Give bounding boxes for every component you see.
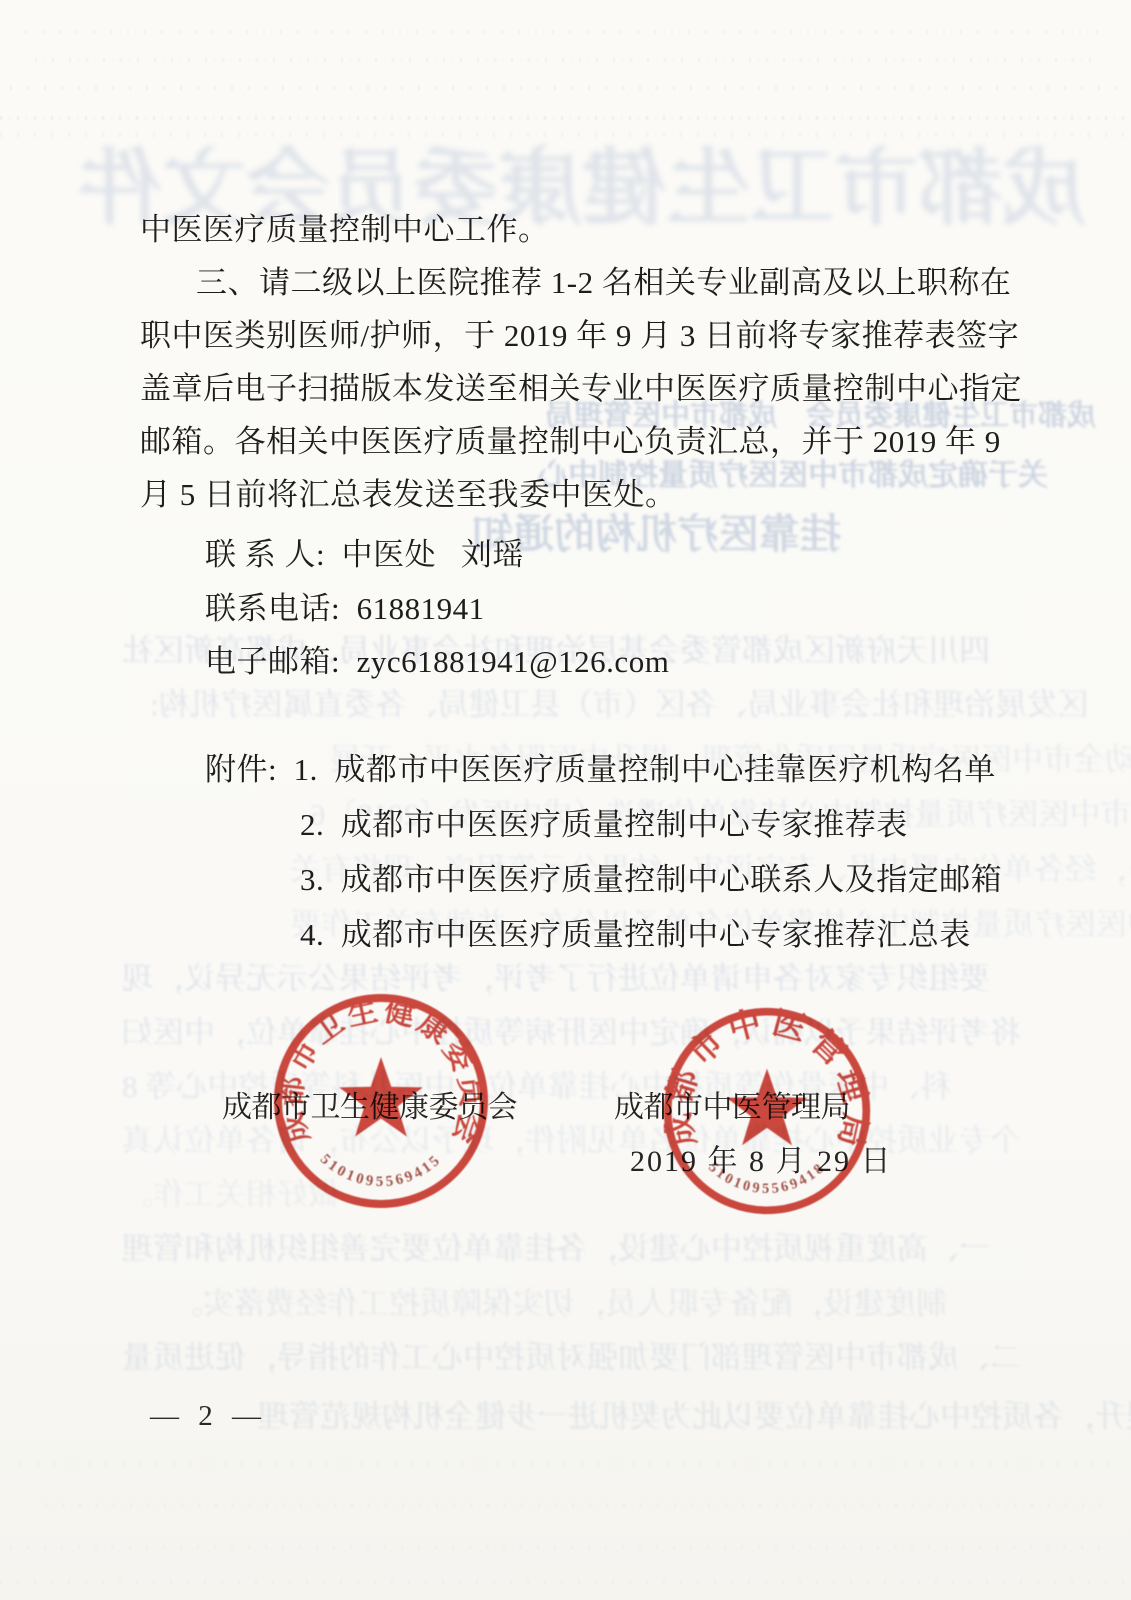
- official-seal-tcm-administration: 成都市中医管理局 5101095569418: [659, 1003, 875, 1219]
- attachment-line-1: 附件: 1. 成都市中医医疗质量控制中心挂靠医疗机构名单: [205, 751, 996, 788]
- svg-text:5101095569418: 5101095569418: [705, 1159, 829, 1197]
- para-continuation-line: 中医医疗质量控制中心工作。: [140, 211, 550, 248]
- contact-person-line: 联 系 人: 中医处 刘瑶: [205, 536, 524, 573]
- para3-line4: 邮箱。各相关中医医疗质量控制中心负责汇总，并于 2019 年 9: [140, 423, 1001, 460]
- contact-phone-line: 联系电话: 61881941: [205, 590, 485, 627]
- para3-line2: 职中医类别医师/护师，于 2019 年 9 月 3 日前将专家推荐表签字: [140, 317, 1019, 354]
- document-content: 成都市卫生健康委员会 成都市中医管理局 2019 年 8 月 29 日 — 2 …: [0, 0, 1131, 1600]
- star-icon: [727, 1069, 808, 1146]
- seal-right-serial: 5101095569418: [705, 1159, 829, 1197]
- para3-line3: 盖章后电子扫描版本发送至相关专业中医医疗质量控制中心指定: [140, 370, 1022, 407]
- official-seal-health-commission: 成都市卫生健康委员会 5101095569415: [269, 989, 493, 1213]
- para3-line1: 三、请二级以上医院推荐 1-2 名相关专业副高及以上职称在: [196, 264, 1011, 301]
- star-icon: [339, 1057, 423, 1137]
- svg-text:5101095569415: 5101095569415: [317, 1151, 445, 1190]
- seal-left-serial: 5101095569415: [317, 1151, 445, 1190]
- seal-right-graphic: 成都市中医管理局 5101095569418: [659, 1003, 875, 1219]
- contact-email-line: 电子邮箱: zyc61881941@126.com: [205, 643, 669, 680]
- attachment-line-3: 3. 成都市中医医疗质量控制中心联系人及指定邮箱: [300, 861, 1002, 898]
- attachment-line-4: 4. 成都市中医医疗质量控制中心专家推荐汇总表: [300, 916, 971, 953]
- attachment-line-2: 2. 成都市中医医疗质量控制中心专家推荐表: [300, 806, 908, 843]
- seal-left-graphic: 成都市卫生健康委员会 5101095569415: [269, 989, 493, 1213]
- para3-line5: 月 5 日前将汇总表发送至我委中医处。: [140, 476, 677, 513]
- page-number: — 2 —: [150, 1400, 267, 1433]
- document-page: 提升，各质控中心挂靠单位要以此为契机进一步健全机构规范管理二、成都市中医管理部门…: [0, 0, 1131, 1600]
